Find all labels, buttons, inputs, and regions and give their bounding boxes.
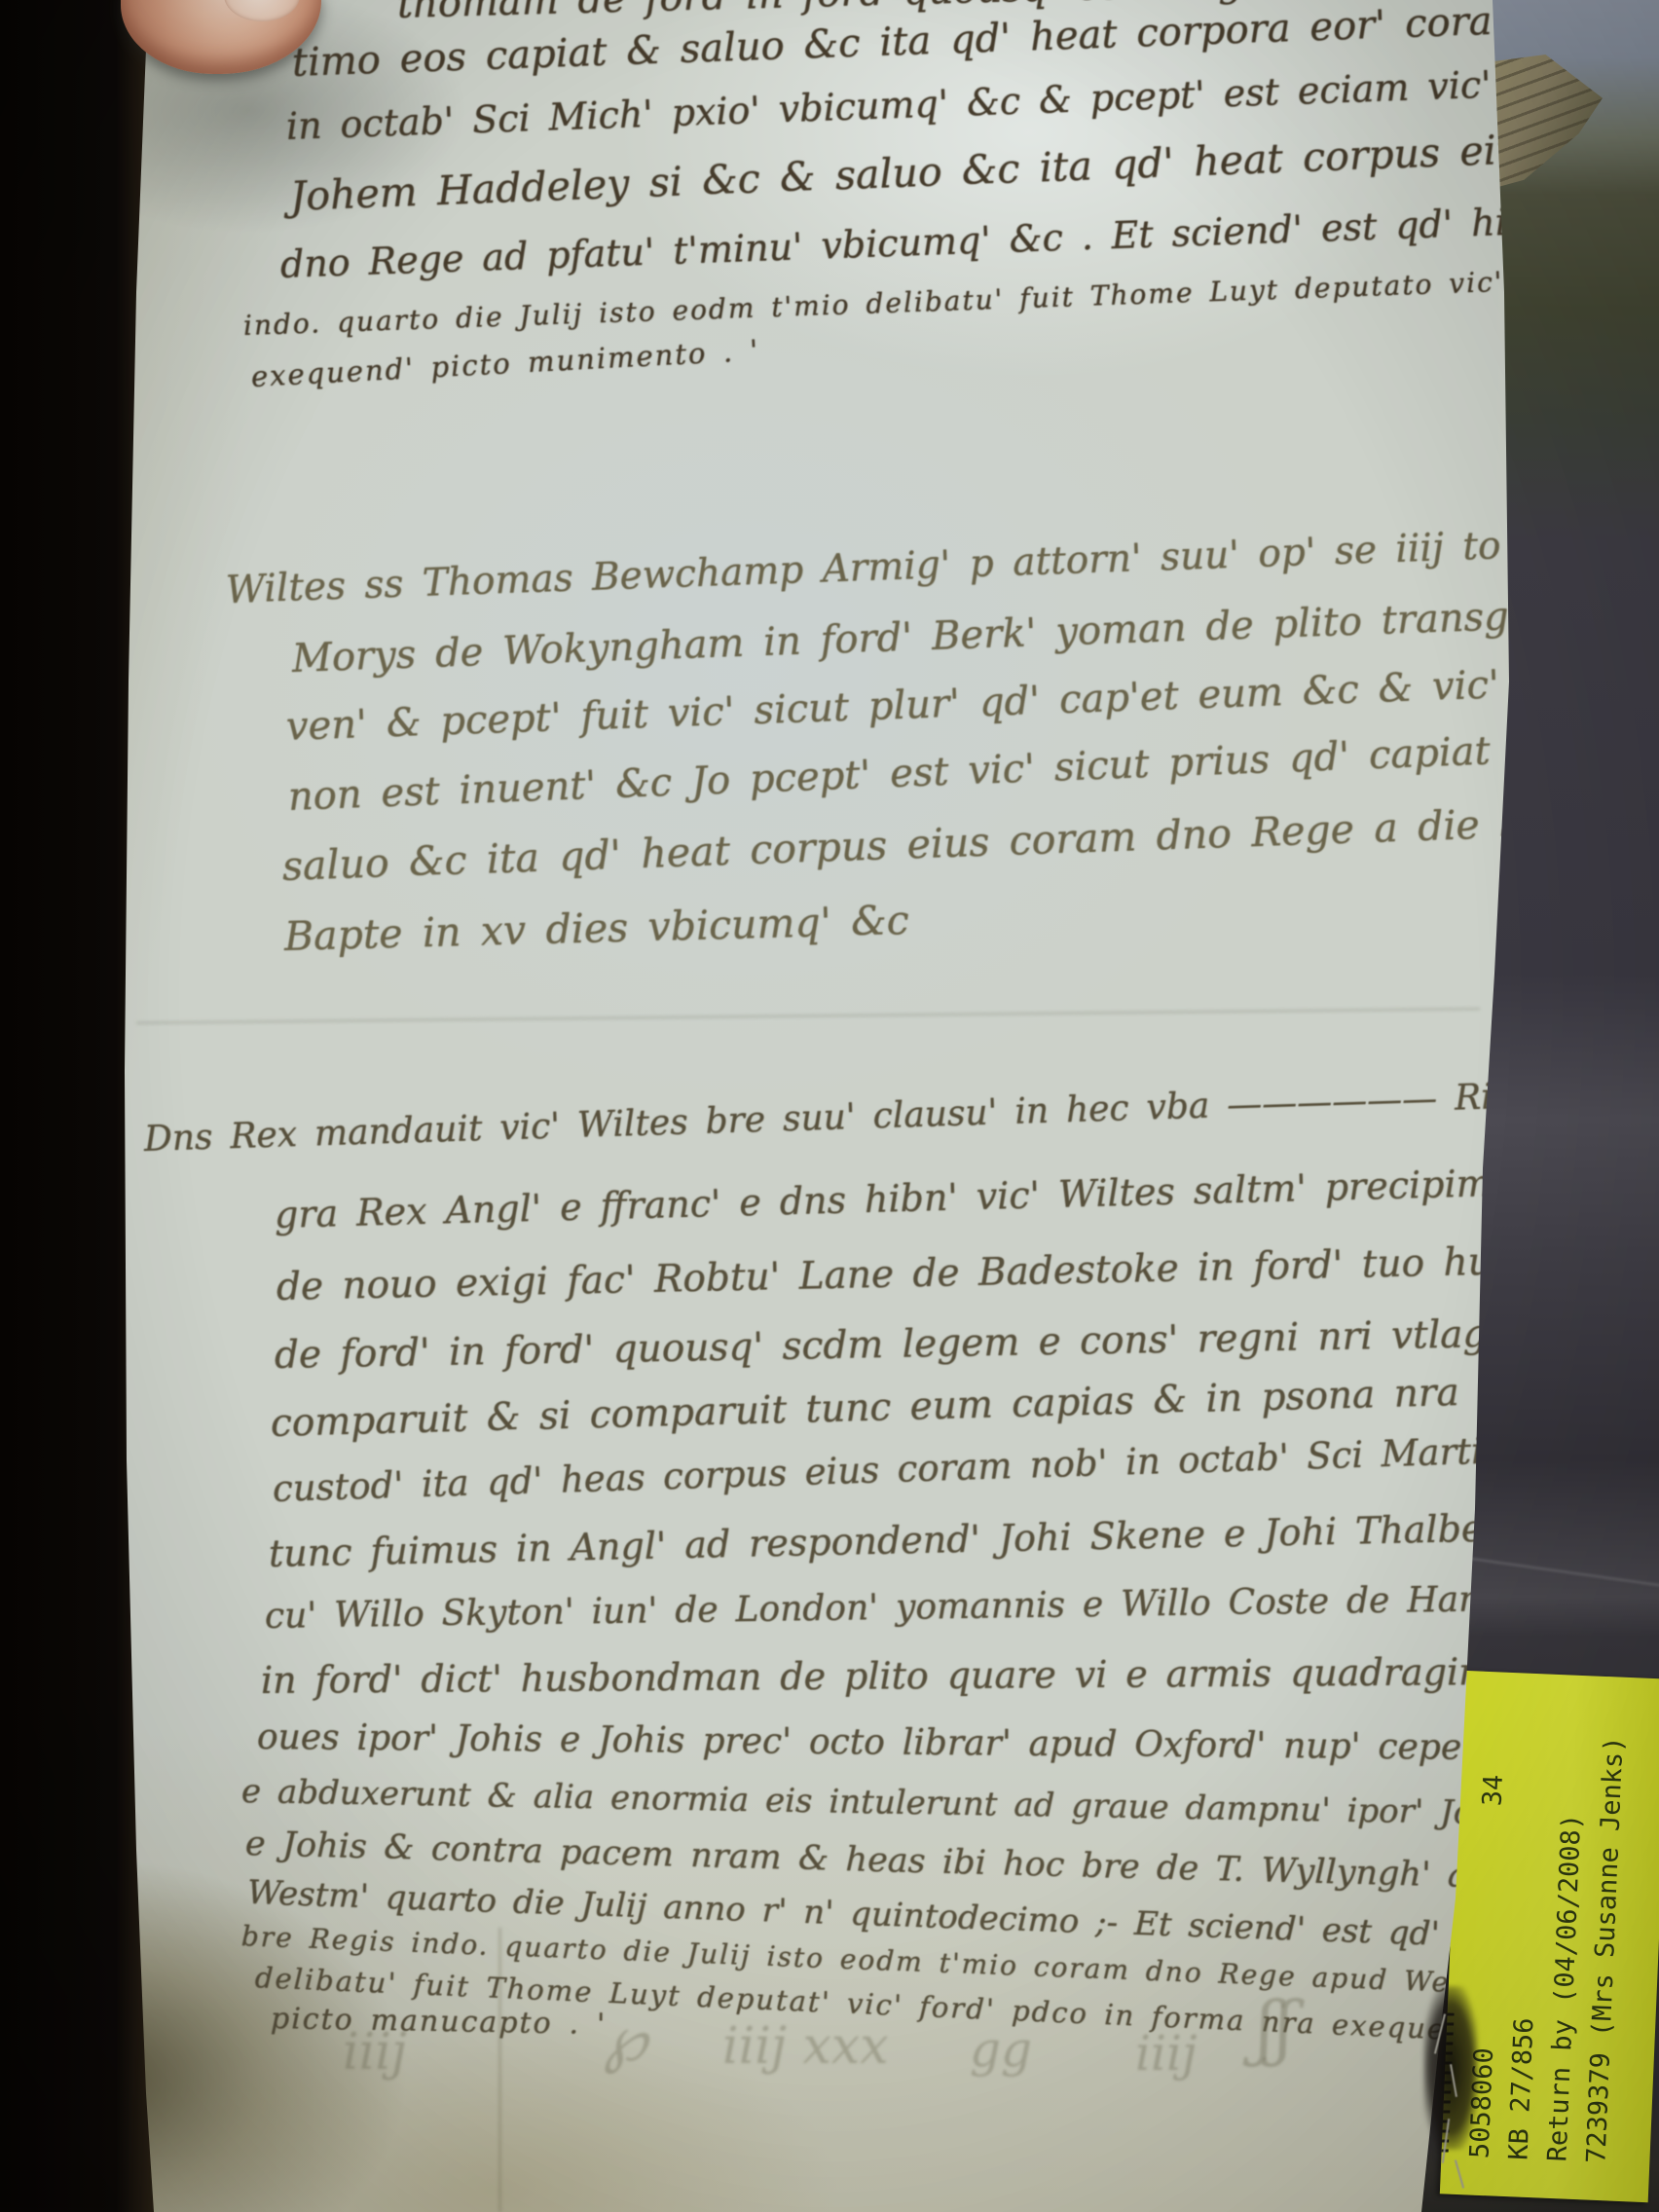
manuscript-line: de ford' in ford' quousq' scdm legem e c… xyxy=(275,1309,1659,1378)
membrane-number: 34 xyxy=(1478,1774,1509,1807)
manuscript-line: exequend' picto munimento . ' xyxy=(250,334,760,393)
manuscript-line: Dns Rex mandauit vic' Wiltes bre suu' cl… xyxy=(143,1071,1659,1160)
horizontal-crease xyxy=(136,1008,1480,1024)
manuscript-line: tunc fuimus in Angl' ad respondend' Johi… xyxy=(269,1504,1604,1575)
ghost-mark: iiij xyxy=(343,2023,407,2082)
ghost-mark: gg xyxy=(970,2021,1032,2078)
ghost-mark: ℘ xyxy=(604,2004,647,2076)
vertical-crease xyxy=(498,1928,501,2212)
manuscript-line: oues ipor' Johis e Johis prec' octo libr… xyxy=(257,1717,1538,1768)
ghost-mark: ʃʃ xyxy=(1256,1986,1294,2068)
manuscript-line: Bapte in xv dies vbicumq' &c xyxy=(283,897,909,960)
ghost-mark: iiij xyxy=(1135,2025,1197,2082)
parchment-membrane: thomam de ford in ford quousq' co utlage… xyxy=(0,0,1659,2212)
photo-frame: { "colors": { "label-bg": "#d6df2b", "la… xyxy=(0,0,1659,2212)
manuscript-line: cu' Willo Skyton' iun' de London' yomann… xyxy=(265,1577,1637,1637)
ghost-mark: iiij xxx xyxy=(722,2017,889,2076)
fingernail xyxy=(224,0,300,21)
manuscript-line: gra Rex Angl' e ffranc' e dns hibn' vic'… xyxy=(274,1157,1659,1236)
manuscript-line: de nouo exigi fac' Robtu' Lane de Badest… xyxy=(276,1236,1659,1309)
manuscript-line: in ford' dict' husbondman de plito quare… xyxy=(261,1650,1520,1702)
manuscript-line: e abduxerunt & alia enormia eis intuleru… xyxy=(241,1772,1523,1833)
manuscript-line: picto manucapto . ' xyxy=(271,2002,608,2042)
